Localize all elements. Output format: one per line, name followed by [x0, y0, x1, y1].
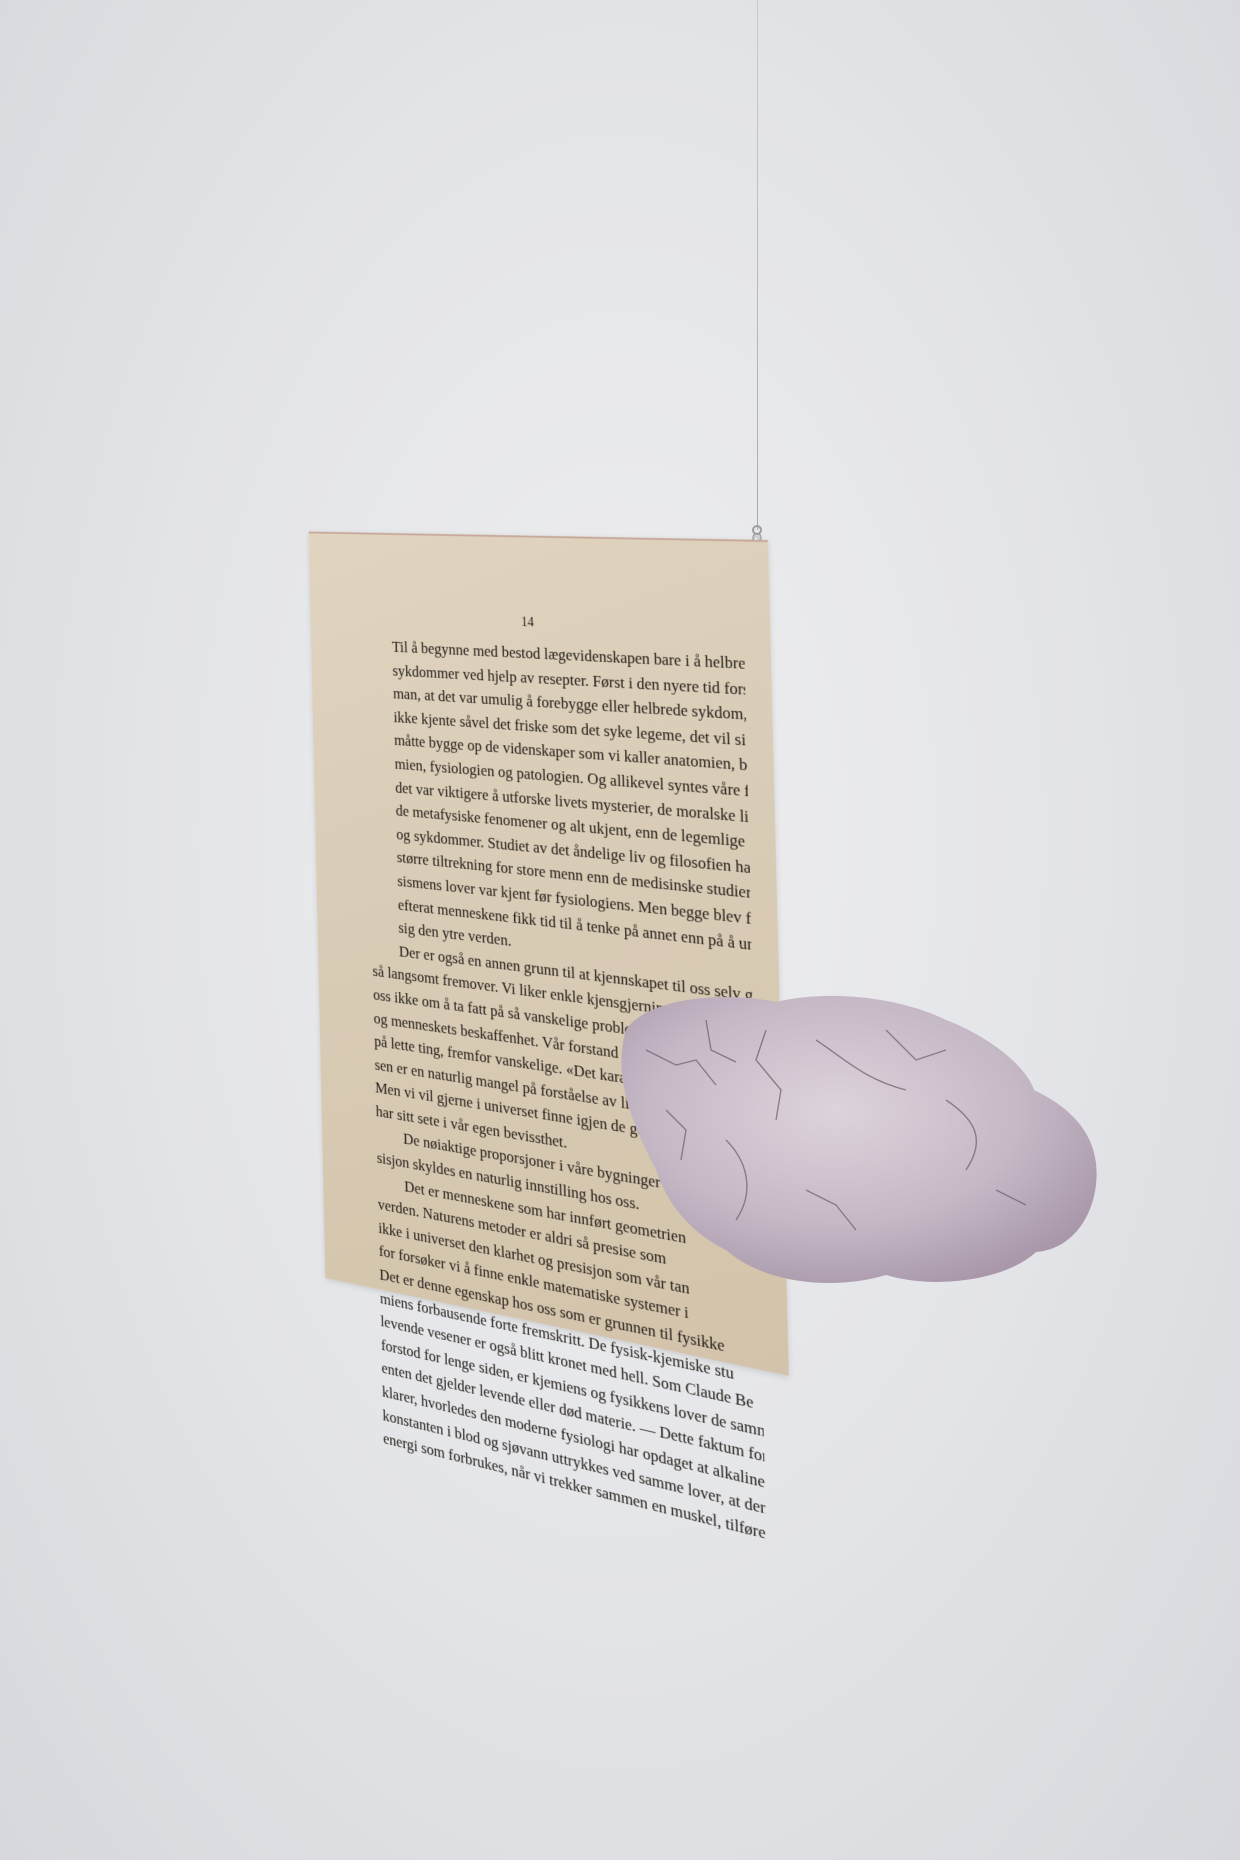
paragraph-1: Til å begynne med bestod lægevidenskapen… — [365, 634, 752, 982]
stone-sculpture — [606, 990, 1106, 1310]
hanging-wire — [757, 0, 758, 530]
